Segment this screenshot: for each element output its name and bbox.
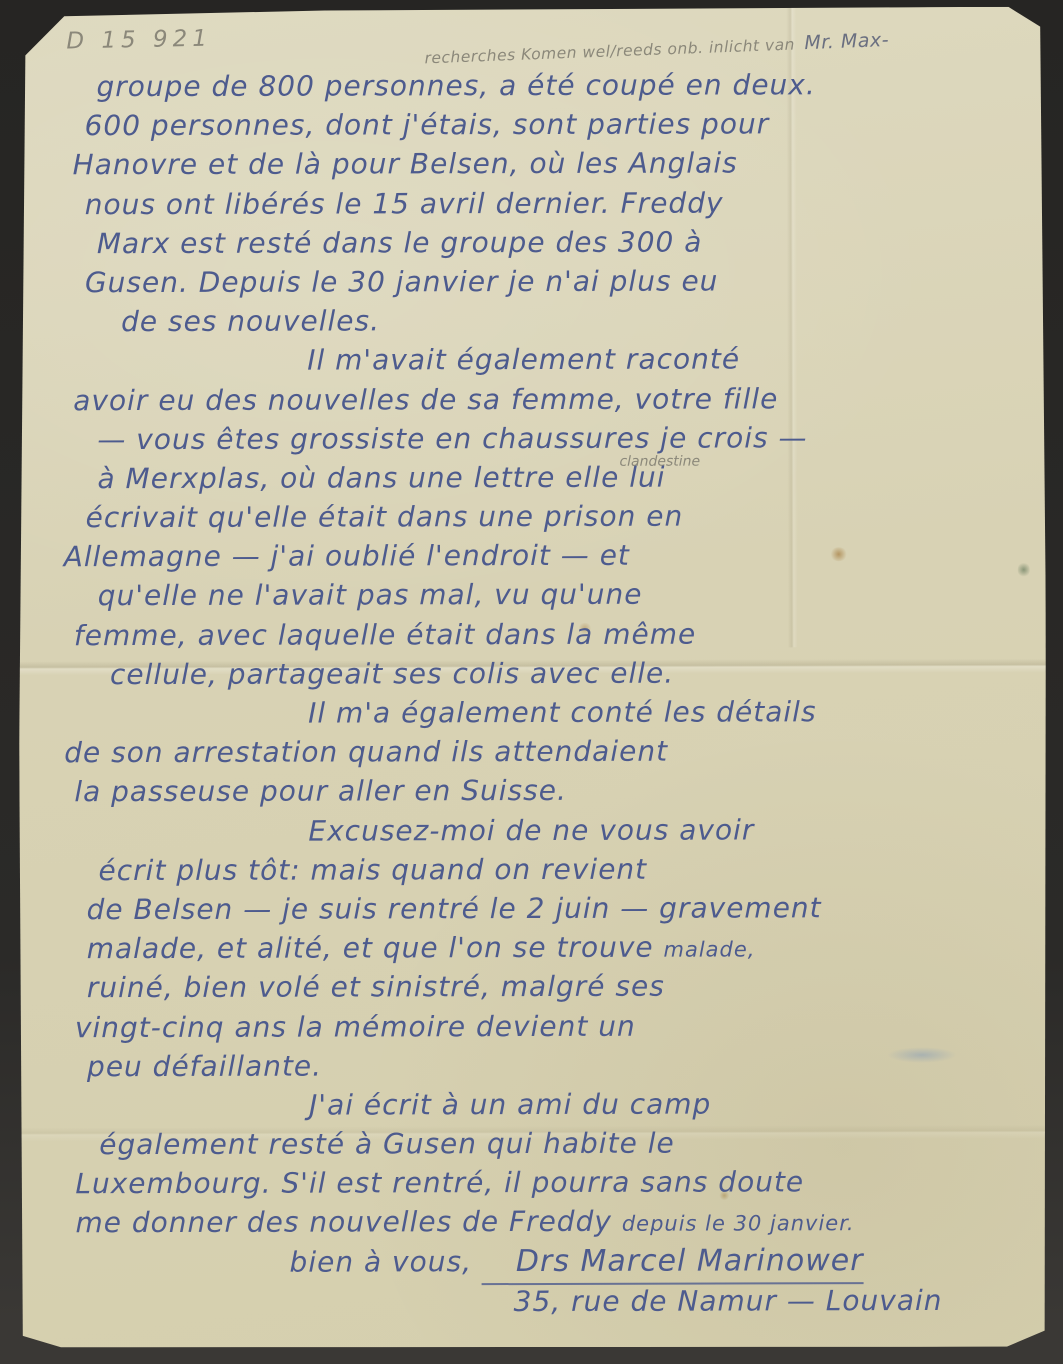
letter-line: Il m'avait également raconté <box>59 339 1031 381</box>
letter-line: — vous êtes grossiste en chaussures je c… <box>59 417 1031 459</box>
letter-line: peu défaillante. <box>61 1044 1033 1086</box>
letter-line: Allemagne — j'ai oublié l'endroit — et <box>60 535 1032 577</box>
letter-line: vingt-cinq ans la mémoire devient un <box>61 1005 1033 1047</box>
letter-line-tail: malade, <box>663 938 755 962</box>
letter-line: cellule, partageait ses colis avec elle. <box>60 653 1032 695</box>
letter-line: également resté à Gusen qui habite le <box>61 1123 1033 1165</box>
letter-line: Hanovre et de là pour Belsen, où les Ang… <box>59 143 1031 185</box>
letter-line: ruiné, bien volé et sinistré, malgré ses <box>61 966 1033 1008</box>
letter-line: avoir eu des nouvelles de sa femme, votr… <box>59 378 1031 420</box>
letter-line: écrit plus tôt: mais quand on revient <box>60 848 1032 890</box>
letter-paper: D 15 921 recherches Komen wel/reeds onb.… <box>16 7 1048 1350</box>
letter-line: Luxembourg. S'il est rentré, il pourra s… <box>61 1162 1033 1204</box>
letter-line: 600 personnes, dont j'étais, sont partie… <box>59 104 1031 146</box>
letter-line: femme, avec laquelle était dans la même <box>60 613 1032 655</box>
pencil-annotation-text: recherches Komen wel/reeds onb. inlicht … <box>424 35 795 67</box>
letter-line: de son arrestation quand ils attendaient <box>60 731 1032 773</box>
letter-line: Excusez-moi de ne vous avoir <box>60 809 1032 851</box>
letter-line: la passeuse pour aller en Suisse. <box>60 770 1032 812</box>
photo-background: { "colors":{ "background":"#262523", "pa… <box>0 0 1063 1364</box>
letter-line: qu'elle ne l'avait pas mal, vu qu'une <box>60 574 1032 616</box>
letter-line-text: me donner des nouvelles de Freddy <box>75 1205 612 1239</box>
pencil-insertion: clandestine <box>619 442 700 481</box>
closing-and-signature: bien à vous, Drs Marcel Marinower <box>61 1240 1033 1282</box>
letter-line: J'ai écrit à un ami du camp <box>61 1084 1033 1126</box>
letter-line-text: malade, et alité, et que l'on se trouve <box>87 931 654 965</box>
closing-text: bien à vous, <box>289 1245 472 1278</box>
letter-line: à Merxplas, où dans une lettre elle lui … <box>59 457 1031 499</box>
letter-line: de Belsen — je suis rentré le 2 juin — g… <box>61 888 1033 930</box>
pencil-annotation: recherches Komen wel/reeds onb. inlicht … <box>424 29 889 68</box>
letter-body: groupe de 800 personnes, a été coupé en … <box>58 65 1033 1324</box>
letter-line-tail: depuis le 30 janvier. <box>622 1212 855 1237</box>
letter-line: Gusen. Depuis le 30 janvier je n'ai plus… <box>59 261 1031 303</box>
pencil-annotation-name: Mr. Max- <box>804 29 889 54</box>
letter-line: Marx est resté dans le groupe des 300 à <box>59 221 1031 263</box>
signature: Drs Marcel Marinower <box>482 1243 864 1285</box>
letter-line: écrivait qu'elle était dans une prison e… <box>60 496 1032 538</box>
letter-line-text: à Merxplas, où dans une lettre elle lui <box>97 461 665 495</box>
letter-line: me donner des nouvelles de Freddy depuis… <box>61 1201 1033 1243</box>
letter-line: nous ont libérés le 15 avril dernier. Fr… <box>59 182 1031 224</box>
letter-line: Il m'a également conté les détails <box>60 692 1032 734</box>
letter-line: malade, et alité, et que l'on se trouve … <box>61 927 1033 969</box>
address-line: 35, rue de Namur — Louvain <box>62 1280 1034 1325</box>
letter-line: de ses nouvelles. <box>59 300 1031 342</box>
letter-line: groupe de 800 personnes, a été coupé en … <box>58 65 1030 107</box>
archive-number: D 15 921 <box>66 26 212 55</box>
